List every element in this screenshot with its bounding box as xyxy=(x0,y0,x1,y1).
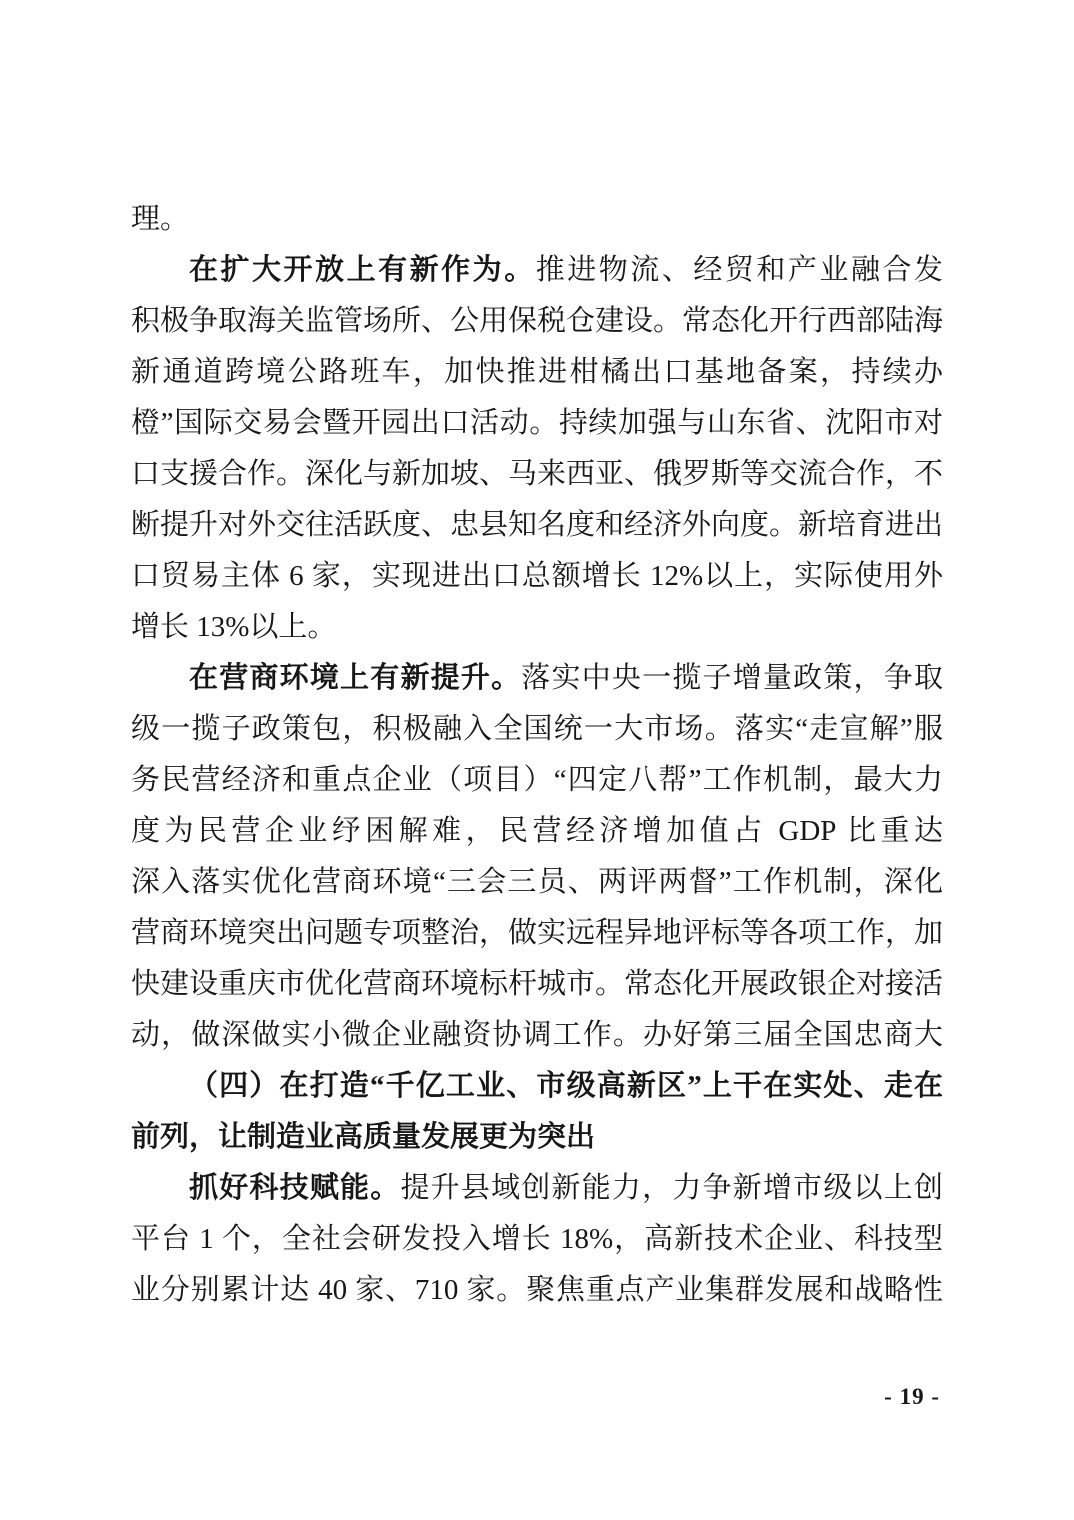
text-line: 快建设重庆市优化营商环境标杆城市。常态化开展政银企对接活 xyxy=(131,959,943,1010)
bold-text-run: 在扩大开放上有新作为。 xyxy=(189,254,536,286)
text-run: 务民营经济和重点企业（项目）“四定八帮”工作机制，最大力 xyxy=(131,764,943,796)
text-line: 动，做深做实小微企业融资协调工作。办好第三届全国忠商大会。 xyxy=(131,1010,943,1061)
text-line: 断提升对外交往活跃度、忠县知名度和经济外向度。新培育进出 xyxy=(131,500,943,551)
text-run: 业分别累计达 40 家、710 家。聚焦重点产业集群发展和战略性 xyxy=(131,1274,943,1306)
text-run: 营商环境突出问题专项整治，做实远程异地评标等各项工作，加 xyxy=(131,917,943,949)
text-line: 前列，让制造业高质量发展更为突出 xyxy=(131,1112,943,1163)
text-line: 级一揽子政策包，积极融入全国统一大市场。落实“走宣解”服 xyxy=(131,704,943,755)
text-line: 在营商环境上有新提升。落实中央一揽子增量政策，争取市 xyxy=(131,653,943,704)
text-run: 理。 xyxy=(131,203,189,235)
text-line: 理。 xyxy=(131,194,943,245)
bold-text-run: 抓好科技赋能。 xyxy=(189,1172,400,1204)
text-block: 理。在扩大开放上有新作为。推进物流、经贸和产业融合发展，积极争取海关监管场所、公… xyxy=(131,194,943,1316)
text-line: 在扩大开放上有新作为。推进物流、经贸和产业融合发展， xyxy=(131,245,943,296)
bold-text-run: 前列，让制造业高质量发展更为突出 xyxy=(131,1121,595,1153)
text-run: 橙”国际交易会暨开园出口活动。持续加强与山东省、沈阳市对 xyxy=(131,407,943,439)
text-run: 度为民营企业纾困解难，民营经济增加值占 GDP 比重达 71.5%。 xyxy=(131,815,943,857)
text-run: 口支援合作。深化与新加坡、马来西亚、俄罗斯等交流合作，不 xyxy=(131,458,943,490)
text-run: 快建设重庆市优化营商环境标杆城市。常态化开展政银企对接活 xyxy=(131,968,943,1000)
text-line: 积极争取海关监管场所、公用保税仓建设。常态化开行西部陆海 xyxy=(131,296,943,347)
text-line: 营商环境突出问题专项整治，做实远程异地评标等各项工作，加 xyxy=(131,908,943,959)
text-run: 新通道跨境公路班车，加快推进柑橘出口基地备案，持续办好“忠 xyxy=(131,356,943,398)
text-run: 断提升对外交往活跃度、忠县知名度和经济外向度。新培育进出 xyxy=(131,509,943,541)
document-page: 理。在扩大开放上有新作为。推进物流、经贸和产业融合发展，积极争取海关监管场所、公… xyxy=(0,0,1074,1520)
text-line: 深入落实优化营商环境“三会三员、两评两督”工作机制，深化 xyxy=(131,857,943,908)
text-line: 度为民营企业纾困解难，民营经济增加值占 GDP 比重达 71.5%。 xyxy=(131,806,943,857)
text-run: 深入落实优化营商环境“三会三员、两评两督”工作机制，深化 xyxy=(131,866,943,898)
text-line: 务民营经济和重点企业（项目）“四定八帮”工作机制，最大力 xyxy=(131,755,943,806)
text-line: 平台 1 个，全社会研发投入增长 18%，高新技术企业、科技型企 xyxy=(131,1214,943,1265)
text-line: 增长 13%以上。 xyxy=(131,602,943,653)
text-run: 平台 1 个，全社会研发投入增长 18%，高新技术企业、科技型企 xyxy=(131,1223,943,1265)
text-run: 增长 13%以上。 xyxy=(131,611,336,643)
text-line: 口贸易主体 6 家，实现进出口总额增长 12%以上，实际使用外资 xyxy=(131,551,943,602)
text-run: 动，做深做实小微企业融资协调工作。办好第三届全国忠商大会。 xyxy=(131,1019,943,1061)
page-number: - 19 - xyxy=(884,1384,940,1410)
text-run: 级一揽子政策包，积极融入全国统一大市场。落实“走宣解”服 xyxy=(131,713,943,745)
text-line: 业分别累计达 40 家、710 家。聚焦重点产业集群发展和战略性 xyxy=(131,1265,943,1316)
bold-text-run: 在营商环境上有新提升。 xyxy=(189,662,521,694)
text-line: 抓好科技赋能。提升县域创新能力，力争新增市级以上创新 xyxy=(131,1163,943,1214)
text-line: 口支援合作。深化与新加坡、马来西亚、俄罗斯等交流合作，不 xyxy=(131,449,943,500)
text-line: （四）在打造“千亿工业、市级高新区”上干在实处、走在 xyxy=(131,1061,943,1112)
text-line: 新通道跨境公路班车，加快推进柑橘出口基地备案，持续办好“忠 xyxy=(131,347,943,398)
text-run: 积极争取海关监管场所、公用保税仓建设。常态化开行西部陆海 xyxy=(131,305,943,337)
text-run: 口贸易主体 6 家，实现进出口总额增长 12%以上，实际使用外资 xyxy=(131,560,943,602)
bold-text-run: （四）在打造“千亿工业、市级高新区”上干在实处、走在 xyxy=(189,1070,943,1102)
text-line: 橙”国际交易会暨开园出口活动。持续加强与山东省、沈阳市对 xyxy=(131,398,943,449)
